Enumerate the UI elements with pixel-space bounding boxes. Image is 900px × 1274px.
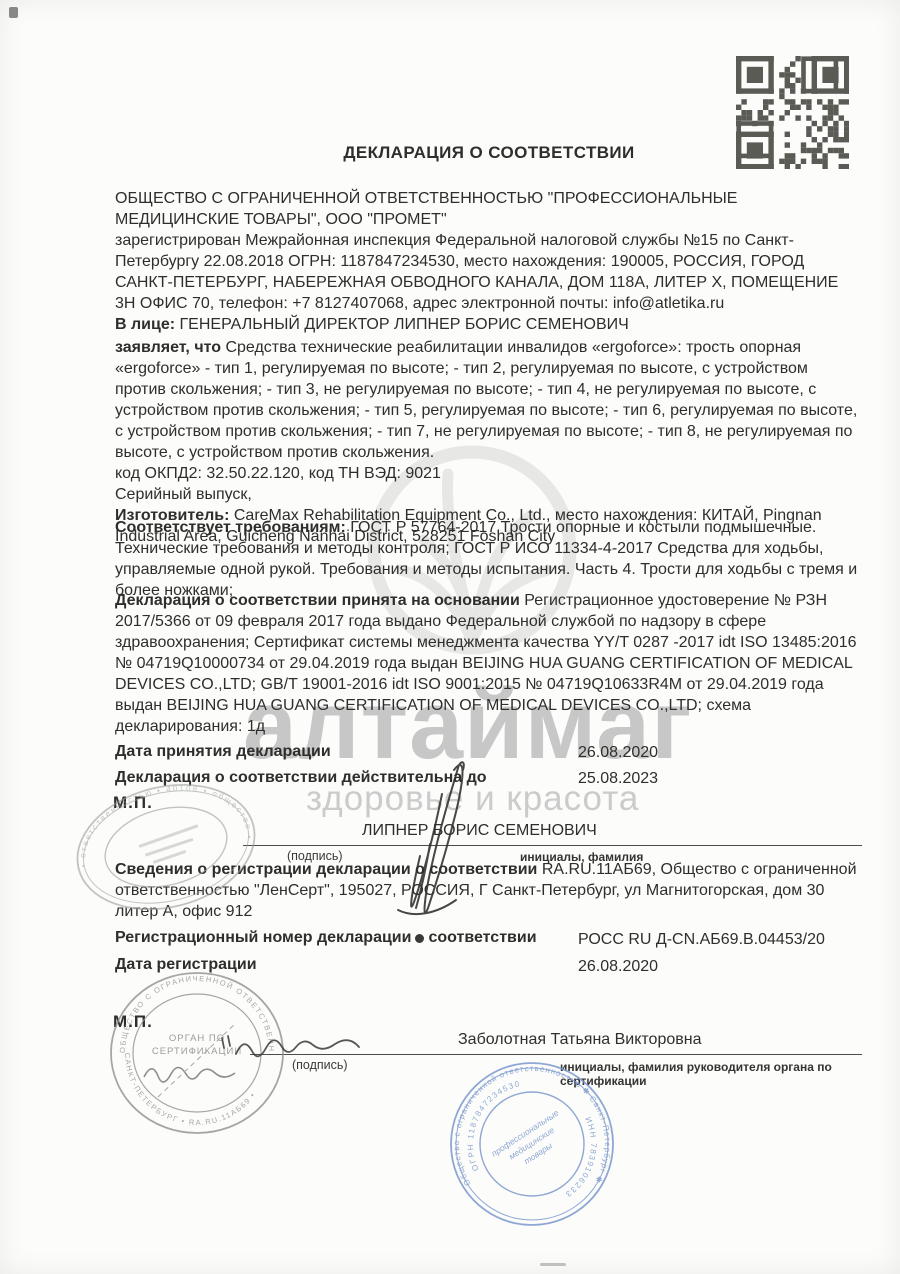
- basis-paragraph: Декларация о соответствии принята на осн…: [115, 590, 863, 737]
- reg-number-label: Регистрационный номер декларациисоответс…: [115, 929, 570, 947]
- declares-body: Средства технические реабилитации инвали…: [115, 339, 857, 461]
- signatory-name-2: Заболотная Татьяна Викторовна: [458, 1031, 701, 1049]
- declares-section: заявляет, что Средства технические реаби…: [115, 337, 863, 547]
- pen-signature-1: [370, 748, 500, 933]
- in-person-value: ГЕНЕРАЛЬНЫЙ ДИРЕКТОР ЛИПНЕР БОРИС СЕМЕНО…: [180, 316, 629, 333]
- serial-issue: Серийный выпуск,: [115, 484, 863, 505]
- document-title: ДЕКЛАРАЦИЯ О СООТВЕТСТВИИ: [115, 143, 863, 163]
- blue-company-seal: Общество с ограниченной ответственностью…: [432, 1062, 632, 1232]
- scan-artifact: [540, 1263, 566, 1266]
- faint-seal-ring-text: • ответственностью • 40108 • общество •: [65, 772, 256, 883]
- acceptance-date-value: 26.08.2020: [578, 744, 658, 762]
- applicant-section: ОБЩЕСТВО С ОГРАНИЧЕННОЙ ОТВЕТСТВЕННОСТЬЮ…: [115, 188, 863, 335]
- valid-until-value: 25.08.2023: [578, 770, 658, 788]
- basis-label: Декларация о соответствии принята на осн…: [115, 592, 520, 609]
- declares-paragraph: заявляет, что Средства технические реаби…: [115, 337, 863, 463]
- applicant-in-person: В лице: ГЕНЕРАЛЬНЫЙ ДИРЕКТОР ЛИПНЕР БОРИ…: [115, 314, 863, 335]
- reg-date-value: 26.08.2020: [578, 958, 658, 976]
- requirements-label: Соответствует требованиям:: [115, 519, 346, 536]
- acceptance-date-label: Дата принятия декларации: [115, 743, 331, 761]
- applicant-registration: зарегистрирован Межрайонная инспекция Фе…: [115, 230, 863, 314]
- faint-company-seal: • ответственностью • 40108 • общество •: [52, 772, 282, 922]
- basis-body: Регистрационное удостоверение № РЗН 2017…: [115, 592, 857, 735]
- basis-section: Декларация о соответствии принята на осн…: [115, 590, 863, 737]
- requirements-paragraph: Соответствует требованиям: ГОСТ Р 57764-…: [115, 517, 863, 601]
- in-person-label: В лице:: [115, 316, 175, 333]
- reg-number-value: РОСС RU Д-CN.АБ69.В.04453/20: [578, 931, 825, 949]
- product-codes: код ОКПД2: 32.50.22.120, код ТН ВЭД: 902…: [115, 463, 863, 484]
- declares-lead: заявляет, что: [115, 339, 221, 356]
- svg-text:• ответственностью • 40108 • о: • ответственностью • 40108 • общество •: [65, 772, 256, 883]
- ink-blot-o: [415, 934, 424, 943]
- pen-signature-2: [212, 1026, 382, 1071]
- scan-artifact: [9, 7, 18, 18]
- scanned-declaration-page: алтаймаг здоровье и красота ДЕКЛАРАЦИЯ О…: [0, 0, 900, 1274]
- signature-line-1: [243, 845, 862, 846]
- applicant-name: ОБЩЕСТВО С ОГРАНИЧЕННОЙ ОТВЕТСТВЕННОСТЬЮ…: [115, 188, 863, 230]
- reg-number-label-part1: Регистрационный номер декларации: [115, 929, 411, 946]
- requirements-section: Соответствует требованиям: ГОСТ Р 57764-…: [115, 517, 863, 601]
